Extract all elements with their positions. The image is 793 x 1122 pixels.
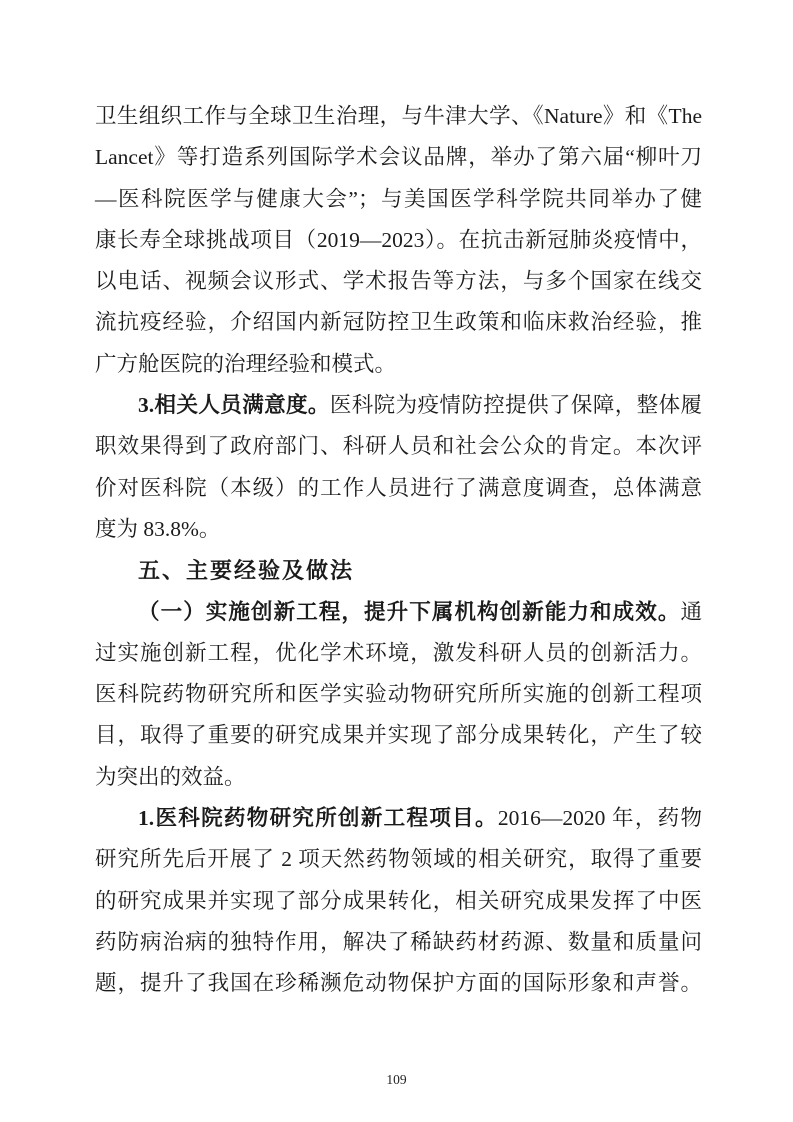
text-line: 广方舱医院的治理经验和模式。 xyxy=(95,344,702,385)
text-line: 康长寿全球挑战项目（2019—2023）。在抗击新冠肺炎疫情中， xyxy=(95,220,702,261)
text-line: 1.医科院药物研究所创新工程项目。2016—2020 年，药物 xyxy=(95,798,702,839)
text-line: 目，取得了重要的研究成果并实现了部分成果转化，产生了较 xyxy=(95,715,702,756)
line-text: 医科院为疫情防控提供了保障，整体履 xyxy=(330,393,702,417)
text-line: Lancet》等打造系列国际学术会议品牌，举办了第六届“柳叶刀 xyxy=(95,137,702,178)
run-in-heading: （一）实施创新工程，提升下属机构创新能力和成效。 xyxy=(138,600,680,624)
section-heading: 五、主要经验及做法 xyxy=(95,550,702,591)
text-line: 价对医科院（本级）的工作人员进行了满意度调查，总体满意 xyxy=(95,468,702,509)
text-line: 为突出的效益。 xyxy=(95,757,702,798)
text-line: 度为 83.8%。 xyxy=(95,509,702,550)
text-line: 研究所先后开展了 2 项天然药物领域的相关研究，取得了重要 xyxy=(95,839,702,880)
run-in-heading: 3.相关人员满意度。 xyxy=(138,393,330,417)
text-line: 3.相关人员满意度。医科院为疫情防控提供了保障，整体履 xyxy=(95,385,702,426)
line-text: 2016—2020 年，药物 xyxy=(498,806,702,830)
page-footer: 109 xyxy=(0,1072,793,1088)
text-line: （一）实施创新工程，提升下属机构创新能力和成效。通 xyxy=(95,592,702,633)
text-line: 流抗疫经验，介绍国内新冠防控卫生政策和临床救治经验，推 xyxy=(95,302,702,343)
text-line: —医科院医学与健康大会”；与美国医学科学院共同举办了健 xyxy=(95,179,702,220)
run-in-heading: 1.医科院药物研究所创新工程项目。 xyxy=(138,806,498,830)
text-line: 职效果得到了政府部门、科研人员和社会公众的肯定。本次评 xyxy=(95,426,702,467)
text-line: 的研究成果并实现了部分成果转化，相关研究成果发挥了中医 xyxy=(95,881,702,922)
page-number: 109 xyxy=(386,1072,406,1087)
document-body: 卫生组织工作与全球卫生治理，与牛津大学、《Nature》和《TheLancet》… xyxy=(95,96,702,1005)
text-line: 题，提升了我国在珍稀濒危动物保护方面的国际形象和声誉。 xyxy=(95,963,702,1004)
text-line: 医科院药物研究所和医学实验动物研究所所实施的创新工程项 xyxy=(95,674,702,715)
text-line: 以电话、视频会议形式、学术报告等方法，与多个国家在线交 xyxy=(95,261,702,302)
line-text: 通 xyxy=(680,600,702,624)
text-line: 过实施创新工程，优化学术环境，激发科研人员的创新活力。 xyxy=(95,633,702,674)
document-page: { "page": { "number": "109" }, "colors":… xyxy=(0,0,793,1122)
text-line: 卫生组织工作与全球卫生治理，与牛津大学、《Nature》和《The xyxy=(95,96,702,137)
text-line: 药防病治病的独特作用，解决了稀缺药材药源、数量和质量问 xyxy=(95,922,702,963)
